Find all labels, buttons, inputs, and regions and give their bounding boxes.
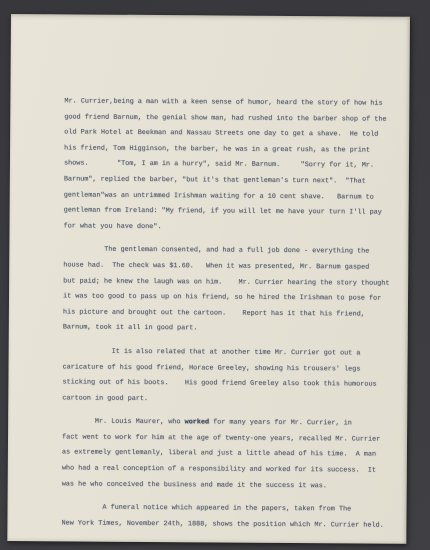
text-segment: as extremely gentlemanly, liberal and ju… [62, 449, 376, 459]
paragraph: It is also related that at another time … [62, 344, 389, 409]
paragraph: Mr. Louis Maurer, who worked for many ye… [62, 415, 390, 495]
text-line: was he who conceived the business and ma… [62, 477, 389, 495]
text-line: sticking out of his boots. His good frie… [62, 375, 389, 393]
text-line: who had a real conception of a responsib… [62, 461, 389, 479]
text-segment: for many years for Mr. Currier, in [209, 419, 352, 428]
text-segment: for what you have done". [63, 222, 161, 231]
text-line: house had. The check was $1.60. When it … [63, 258, 390, 276]
text-segment: who had a real conception of a responsib… [62, 464, 376, 474]
text-segment: A funeral notice which appeared in the p… [62, 504, 352, 514]
typewritten-text: Mr. Currier,being a man with a keen sens… [61, 94, 391, 534]
text-line: Barnum, took it all in good part. [63, 321, 390, 339]
text-segment: but paid; he knew the laugh was on him. … [63, 277, 389, 287]
text-segment: Barnum", replied the barber, "but it's t… [64, 175, 366, 185]
text-segment: it was too good to pass up on his friend… [63, 292, 381, 302]
text-segment: his friend, Tom Higginson, the barber, h… [64, 144, 370, 154]
scan-background: Mr. Currier,being a man with a keen sens… [0, 0, 430, 550]
paragraph: A funeral notice which appeared in the p… [61, 501, 388, 534]
paragraph: The gentleman consented, and had a full … [63, 243, 391, 339]
text-segment: Mr. Currier,being a man with a keen sens… [64, 97, 382, 107]
overstruck-word: worked [184, 419, 209, 427]
text-segment: old Park Hotel at Beekman and Nassau Str… [64, 129, 378, 139]
text-segment: gentleman from Ireland: "My friend, if y… [64, 207, 382, 217]
text-line: New York Times, November 24th, 1888, sho… [61, 516, 388, 534]
text-line: cartoon in good part. [62, 391, 389, 409]
document-page: Mr. Currier,being a man with a keen sens… [7, 14, 410, 544]
text-segment: The gentleman consented, and had a full … [63, 246, 369, 256]
text-segment: good friend Barnum, the genial show man,… [64, 113, 386, 123]
text-line: Barnum", replied the barber, "but it's t… [64, 172, 391, 190]
text-segment: gentleman"was an untrimmed Irishman wait… [64, 191, 374, 201]
text-segment: was he who conceived the business and ma… [62, 480, 327, 490]
text-segment: cartoon in good part. [62, 394, 148, 403]
text-segment: sticking out of his boots. His good frie… [62, 378, 376, 388]
text-line: Mr. Currier,being a man with a keen sens… [64, 94, 391, 112]
text-line: it was too good to pass up on his friend… [63, 289, 390, 307]
paragraph: Mr. Currier,being a man with a keen sens… [63, 94, 391, 237]
text-segment: Barnum, took it all in good part. [63, 324, 198, 333]
text-segment: fact went to work for him at the age of … [62, 433, 380, 443]
text-segment: It is also related that at another time … [63, 347, 361, 357]
text-segment: Mr. Louis Maurer, who [62, 418, 184, 427]
text-segment: New York Times, November 24th, 1888, sho… [61, 519, 383, 529]
text-line: for what you have done". [63, 219, 390, 237]
text-segment: caricature of his good friend, Horace Gr… [63, 363, 361, 373]
text-line: It is also related that at another time … [63, 344, 390, 362]
text-segment: house had. The check was $1.60. When it … [63, 261, 369, 271]
text-segment: his picture and brought out the cartoon.… [63, 308, 365, 318]
text-segment: shows. "Tom, I am in a hurry", said Mr. … [64, 160, 374, 170]
